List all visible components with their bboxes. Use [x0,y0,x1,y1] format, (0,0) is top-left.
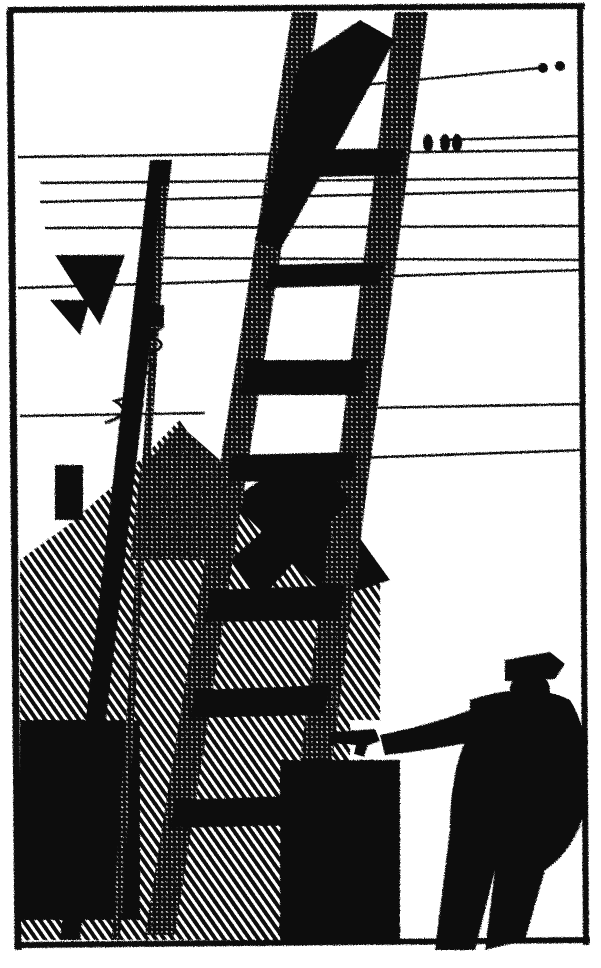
chimney [55,465,83,520]
insulator [150,305,164,327]
foreground-shadow [280,760,400,940]
illustration-canvas [0,0,601,968]
